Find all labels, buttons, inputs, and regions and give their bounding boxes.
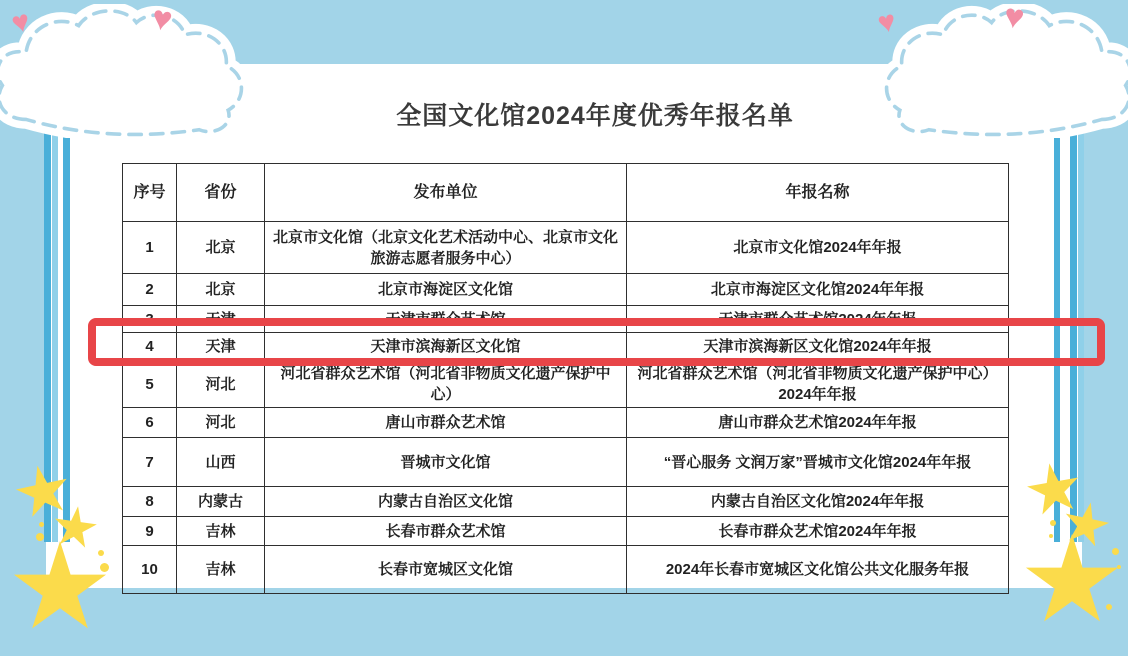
cell-publisher: 天津市滨海新区文化馆	[265, 333, 627, 361]
table-row: 8内蒙古内蒙古自治区文化馆内蒙古自治区文化馆2024年年报	[123, 487, 1009, 517]
cell-publisher: 长春市群众艺术馆	[265, 517, 627, 546]
star-dot	[1049, 534, 1053, 538]
cell-index: 5	[123, 361, 177, 408]
cell-report: 天津市群众艺术馆2024年年报	[627, 306, 1009, 333]
column-header-province: 省份	[177, 164, 265, 222]
cell-publisher: 唐山市群众艺术馆	[265, 408, 627, 438]
star-dot	[100, 563, 109, 572]
cell-report: 内蒙古自治区文化馆2024年年报	[627, 487, 1009, 517]
cell-province: 北京	[177, 222, 265, 274]
table-row: 2北京北京市海淀区文化馆北京市海淀区文化馆2024年年报	[123, 274, 1009, 306]
cell-report: 河北省群众艺术馆（河北省非物质文化遗产保护中心）2024年年报	[627, 361, 1009, 408]
table-row: 4天津天津市滨海新区文化馆天津市滨海新区文化馆2024年年报	[123, 333, 1009, 361]
report-list-table: 序号 省份 发布单位 年报名称 1北京北京市文化馆（北京文化艺术活动中心、北京市…	[122, 163, 1009, 594]
star-dot	[1117, 565, 1121, 569]
cell-index: 2	[123, 274, 177, 306]
cell-report: 2024年长春市宽城区文化馆公共文化服务年报	[627, 546, 1009, 594]
cell-report: “晋心服务 文润万家”晋城市文化馆2024年年报	[627, 438, 1009, 487]
cell-publisher: 北京市海淀区文化馆	[265, 274, 627, 306]
cell-report: 北京市海淀区文化馆2024年年报	[627, 274, 1009, 306]
cell-index: 1	[123, 222, 177, 274]
cell-index: 10	[123, 546, 177, 594]
column-header-publisher: 发布单位	[265, 164, 627, 222]
cell-publisher: 内蒙古自治区文化馆	[265, 487, 627, 517]
cell-province: 河北	[177, 361, 265, 408]
cell-report: 北京市文化馆2024年年报	[627, 222, 1009, 274]
cell-province: 内蒙古	[177, 487, 265, 517]
column-header-index: 序号	[123, 164, 177, 222]
table-row: 7山西晋城市文化馆“晋心服务 文润万家”晋城市文化馆2024年年报	[123, 438, 1009, 487]
cell-province: 天津	[177, 306, 265, 333]
cell-index: 7	[123, 438, 177, 487]
table-row: 1北京北京市文化馆（北京文化艺术活动中心、北京市文化旅游志愿者服务中心）北京市文…	[123, 222, 1009, 274]
cell-report: 唐山市群众艺术馆2024年年报	[627, 408, 1009, 438]
cell-publisher: 晋城市文化馆	[265, 438, 627, 487]
star-dot	[1106, 604, 1112, 610]
star-dot	[36, 533, 44, 541]
cell-province: 河北	[177, 408, 265, 438]
cell-index: 6	[123, 408, 177, 438]
cell-index: 8	[123, 487, 177, 517]
star-dot	[1050, 520, 1056, 526]
cell-publisher: 河北省群众艺术馆（河北省非物质文化遗产保护中心）	[265, 361, 627, 408]
cell-province: 北京	[177, 274, 265, 306]
cell-report: 长春市群众艺术馆2024年年报	[627, 517, 1009, 546]
cell-province: 天津	[177, 333, 265, 361]
table-row: 6河北唐山市群众艺术馆唐山市群众艺术馆2024年年报	[123, 408, 1009, 438]
cell-province: 吉林	[177, 546, 265, 594]
table-row: 10吉林长春市宽城区文化馆2024年长春市宽城区文化馆公共文化服务年报	[123, 546, 1009, 594]
page-title: 全国文化馆2024年度优秀年报名单	[396, 96, 794, 132]
cell-province: 吉林	[177, 517, 265, 546]
cloud-icon	[870, 4, 1128, 138]
star-dot	[98, 550, 104, 556]
cell-index: 9	[123, 517, 177, 546]
cell-publisher: 长春市宽城区文化馆	[265, 546, 627, 594]
table-row: 5河北河北省群众艺术馆（河北省非物质文化遗产保护中心）河北省群众艺术馆（河北省非…	[123, 361, 1009, 408]
cell-province: 山西	[177, 438, 265, 487]
cell-publisher: 北京市文化馆（北京文化艺术活动中心、北京市文化旅游志愿者服务中心）	[265, 222, 627, 274]
cell-publisher: 天津市群众艺术馆	[265, 306, 627, 333]
star-dot	[1112, 548, 1119, 555]
star-dot	[39, 522, 44, 527]
page-background: 全国文化馆2024年度优秀年报名单 序号 省份 发布单位 年报名称 1北京北京市…	[0, 0, 1128, 656]
cell-index: 4	[123, 333, 177, 361]
column-header-report: 年报名称	[627, 164, 1009, 222]
table-row: 9吉林长春市群众艺术馆长春市群众艺术馆2024年年报	[123, 517, 1009, 546]
cloud-icon	[0, 4, 258, 138]
table-row: 3天津天津市群众艺术馆天津市群众艺术馆2024年年报	[123, 306, 1009, 333]
cell-report: 天津市滨海新区文化馆2024年年报	[627, 333, 1009, 361]
cell-index: 3	[123, 306, 177, 333]
table-header-row: 序号 省份 发布单位 年报名称	[123, 164, 1009, 222]
